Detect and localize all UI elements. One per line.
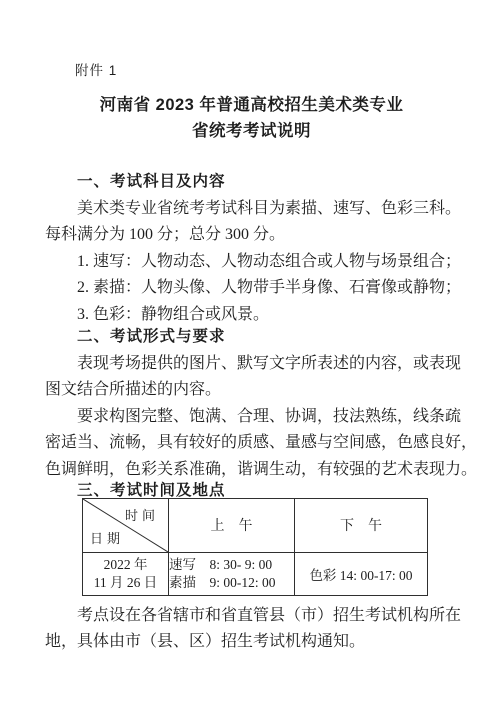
afternoon-schedule-cell: 色彩 14: 00-17: 00 — [295, 552, 428, 595]
schedule-corner-cell: 时间 日期 — [83, 498, 169, 552]
section-subjects-heading: 一、考试科目及内容 — [45, 169, 458, 196]
exam-date-cell: 2022 年 11 月 26 日 — [83, 552, 169, 595]
body-line: 表现考场提供的图片、默写文字所表述的内容，或表现 — [45, 351, 458, 378]
list-item-drawing: 2. 素描：人物头像、人物带手半身像、石膏像或静物； — [45, 275, 458, 302]
morning-schedule-cell: 速写 8: 30- 9: 00 素描 9: 00-12: 00 — [169, 552, 295, 595]
document-page: 附件 1 河南省 2023 年普通高校招生美术类专业 省统考考试说明 一、考试科… — [0, 0, 500, 708]
exam-date-year: 2022 年 — [83, 556, 168, 574]
body-line: 地，具体由市（县、区）招生考试机构通知。 — [45, 629, 458, 656]
body-line: 每科满分为 100 分；总分 300 分。 — [45, 222, 458, 249]
exam-schedule-table: 时间 日期 上 午 下 午 2022 年 11 月 26 日 速写 8: 30-… — [82, 498, 428, 596]
body-line: 要求构图完整、饱满、合理、协调，技法熟练，线条疏 — [45, 404, 458, 431]
body-line: 考点设在各省辖市和省直管县（市）招生考试机构所在 — [45, 603, 458, 630]
body-line: 图文结合所描述的内容。 — [45, 377, 458, 404]
exam-date-day: 11 月 26 日 — [83, 574, 168, 592]
closing-paragraph: 考点设在各省辖市和省直管县（市）招生考试机构所在 地，具体由市（县、区）招生考试… — [45, 603, 458, 656]
document-title-line1: 河南省 2023 年普通高校招生美术类专业 — [45, 92, 458, 118]
attachment-label: 附件 1 — [75, 62, 458, 79]
schedule-data-row: 2022 年 11 月 26 日 速写 8: 30- 9: 00 素描 9: 0… — [83, 552, 428, 595]
schedule-header-row: 时间 日期 上 午 下 午 — [83, 498, 428, 552]
body-line: 美术类专业省统考考试科目为素描、速写、色彩三科。 — [45, 196, 458, 223]
corner-time-label: 时间 — [125, 505, 159, 524]
morning-schedule-sketch: 速写 8: 30- 9: 00 — [169, 556, 294, 574]
morning-schedule-drawing: 素描 9: 00-12: 00 — [169, 574, 294, 592]
afternoon-column-header: 下 午 — [295, 498, 428, 552]
body-line: 密适当、流畅，具有较好的质感、量感与空间感，色感良好， — [45, 430, 458, 457]
document-title-line2: 省统考考试说明 — [45, 118, 458, 144]
corner-date-label: 日期 — [90, 528, 124, 547]
morning-column-header: 上 午 — [169, 498, 295, 552]
list-item-sketch: 1. 速写：人物动态、人物动态组合或人物与场景组合； — [45, 249, 458, 276]
